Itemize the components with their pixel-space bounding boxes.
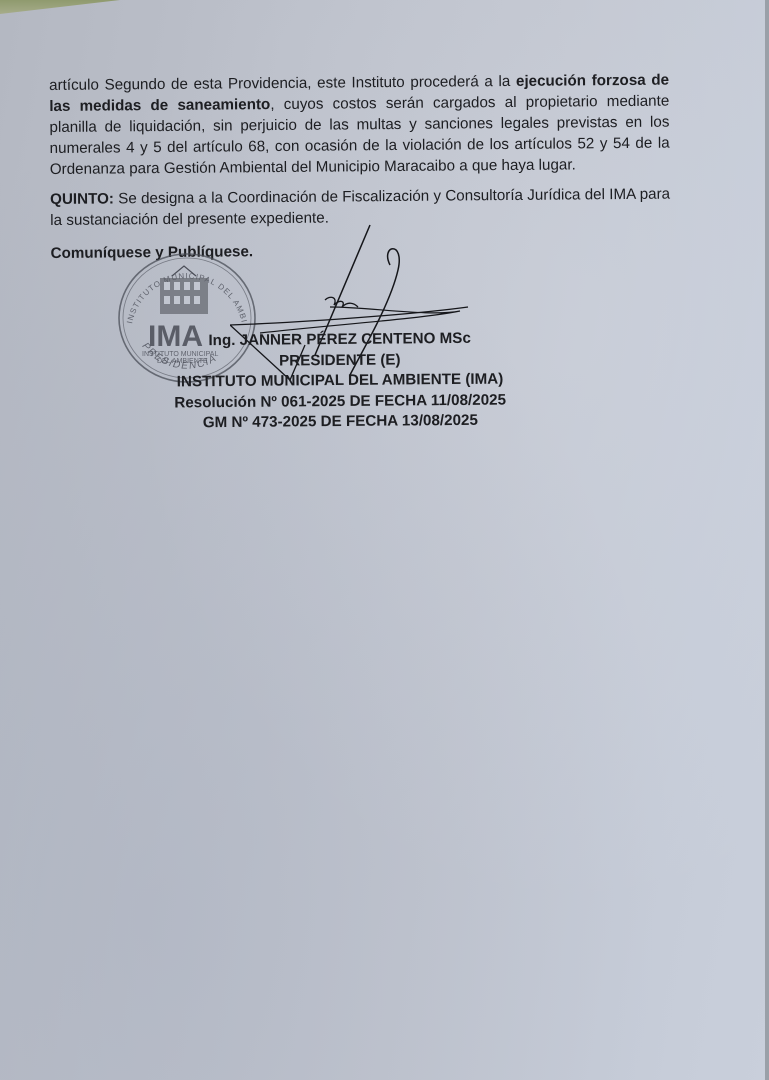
background-corner: [0, 0, 120, 14]
quinto-label: QUINTO:: [50, 190, 114, 208]
gm-reference: GM Nº 473-2025 DE FECHA 13/08/2025: [130, 410, 550, 434]
paragraph-sanctions: artículo Segundo de esta Providencia, es…: [49, 70, 670, 180]
resolution-reference: Resolución Nº 061-2025 DE FECHA 11/08/20…: [130, 390, 550, 414]
paper-edge: [765, 0, 769, 1080]
signature-block: Ing. JANNER PÉREZ CENTENO MSc PRESIDENTE…: [130, 328, 551, 434]
paragraph-text: artículo Segundo de esta Providencia, es…: [49, 73, 516, 94]
